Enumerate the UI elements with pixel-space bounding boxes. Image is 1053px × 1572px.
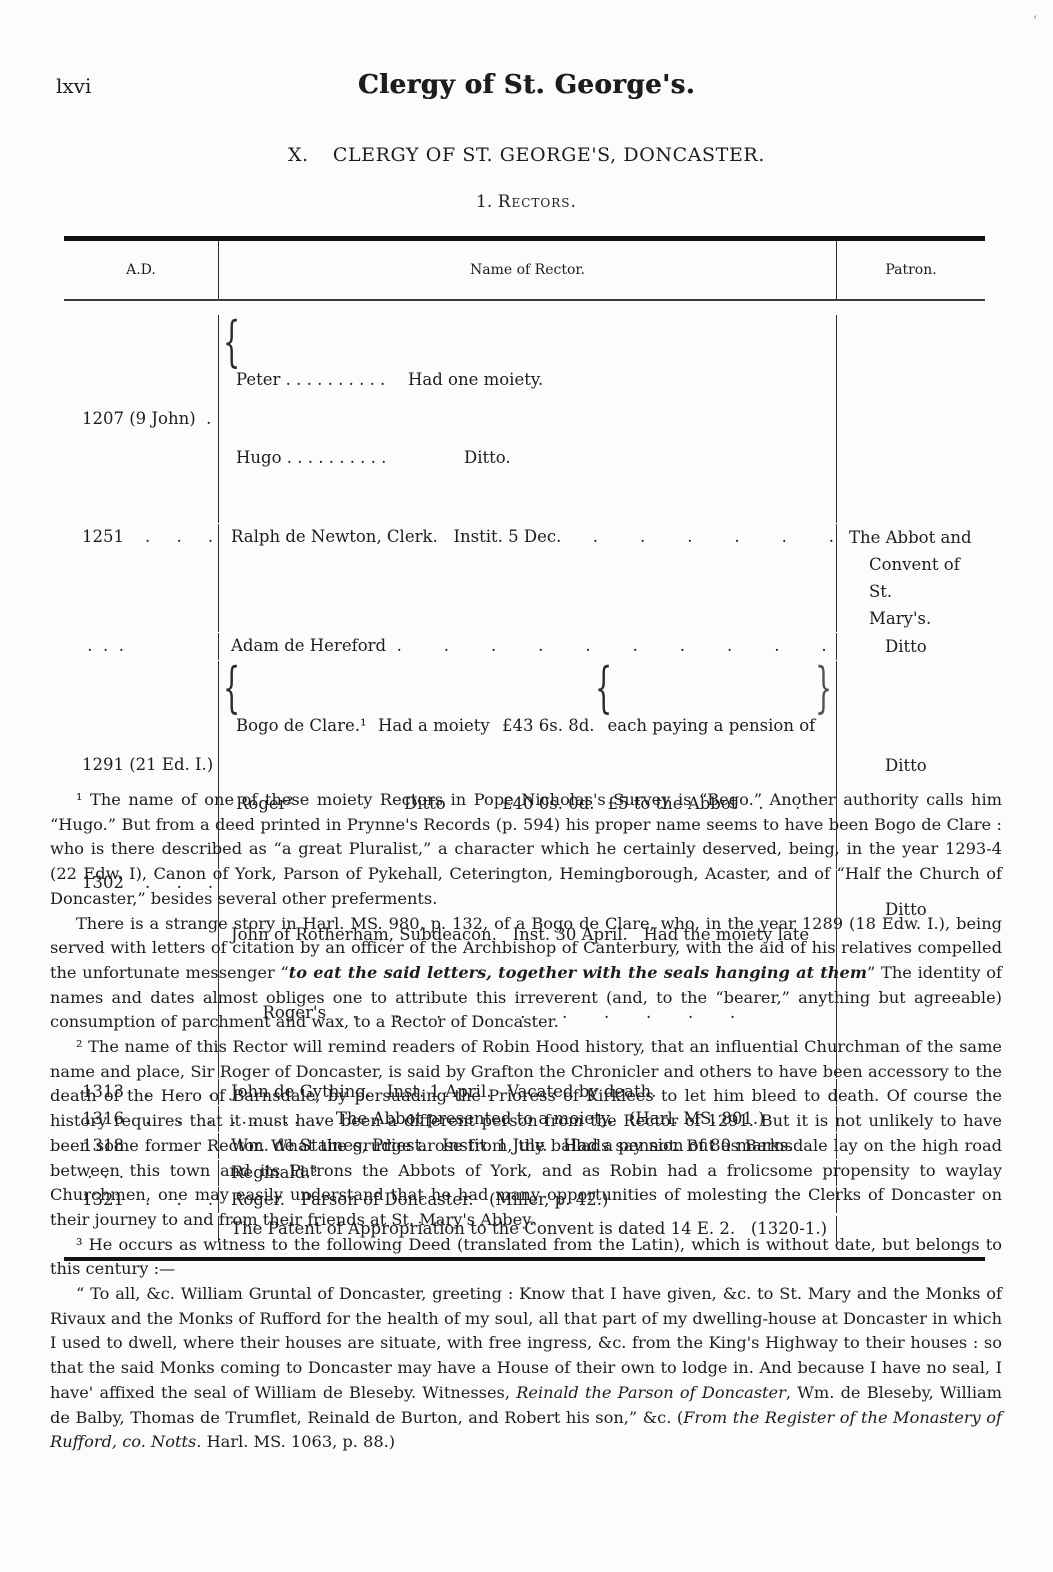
table-row-1251: 1251 . . . Ralph de Newton, Clerk. Insti… [64,524,985,632]
subsection-number: 1. [476,192,492,212]
column-header-ad: A.D. [64,262,218,278]
footnotes: ¹ The name of one of these moiety Rector… [50,788,1002,1455]
ad-cell: 1291 (21 Ed. I.) [64,752,218,778]
table-row-adam: . . . Adam de Hereford . . . . . . . . .… [64,633,985,660]
subsection-title: Rectors. [498,192,577,212]
scan-artifact: ‘ [1033,14,1037,29]
witness-name: Reinald the Parson of Doncaster [516,1383,786,1402]
quoted-phrase: to eat the said letters, together with t… [289,963,867,982]
patron-cell: Ditto [837,633,985,660]
patron-line: Mary's. [845,605,985,632]
rector-name: Bogo de Clare.¹ [236,713,378,739]
footnote-1-para-1: ¹ The name of one of these moiety Rector… [50,788,1002,912]
name-cell: { Peter . . . . . . . . . .Had one moiet… [218,315,837,523]
footnote-1-para-2: There is a strange story in Harl. MS. 98… [50,912,1002,1036]
name-cell: Ralph de Newton, Clerk. Instit. 5 Dec. .… [218,524,837,632]
brace-left-icon: { [223,317,230,525]
rector-amount: £43 6s. 8d. [502,713,595,739]
scanned-book-page: ‘ lxvi Clergy of St. George's. X.CLERGY … [0,0,1053,1572]
patron-cell: The Abbot and Convent of St. Mary's. [837,524,985,632]
rector-name: Hugo . . . . . . . . . . [236,445,408,471]
patron-cell [837,315,985,523]
table-header-row: A.D. Name of Rector. Patron. [64,241,985,301]
rector-note: Had a moiety [378,713,502,739]
pension-note-line: each paying a pension of [608,713,816,739]
subsection-heading: 1. Rectors. [0,192,1053,212]
column-header-patron: Patron. [837,262,985,278]
patron-cell: Ditto [837,752,985,779]
column-header-name: Name of Rector. [218,241,837,299]
patron-line: The Abbot and [845,524,985,551]
ad-cell: 1251 . . . [64,524,218,632]
running-title: Clergy of St. George's. [0,70,1053,100]
ad-cell: 1207 (9 John) . [64,406,218,432]
rector-name: Peter . . . . . . . . . . [236,367,408,393]
ad-cell: . . . [64,633,218,660]
name-cell: Adam de Hereford . . . . . . . . . . [218,633,837,660]
patron-line: Convent of St. [845,551,985,605]
section-heading: X.CLERGY OF ST. GEORGE'S, DONCASTER. [0,144,1053,166]
rector-note: Had one moiety. [408,367,543,393]
section-number: X. [288,144,309,166]
table-row-1207: 1207 (9 John) . { Peter . . . . . . . . … [64,315,985,523]
section-title: CLERGY OF ST. GEORGE'S, DONCASTER. [333,144,765,166]
footnote-3: ³ He occurs as witness to the following … [50,1233,1002,1282]
rector-note: Ditto. [408,445,511,471]
deed-quotation: “ To all, &c. William Gruntal of Doncast… [50,1282,1002,1455]
footnote-2: ² The name of this Rector will remind re… [50,1035,1002,1233]
